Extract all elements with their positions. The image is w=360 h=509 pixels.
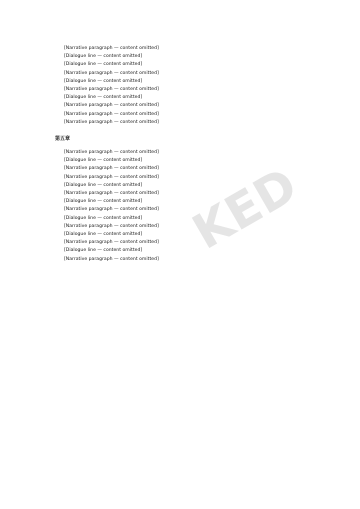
paragraph: [Narrative paragraph — content omitted] [55, 102, 310, 110]
document-page: [Narrative paragraph — content omitted] … [55, 45, 310, 264]
paragraph: [Narrative paragraph — content omitted] [55, 239, 310, 247]
paragraph: [Narrative paragraph — content omitted] [55, 223, 310, 231]
paragraph: [Narrative paragraph — content omitted] [55, 86, 310, 94]
paragraph: [Narrative paragraph — content omitted] [55, 45, 310, 53]
paragraph: [Narrative paragraph — content omitted] [55, 70, 310, 78]
paragraph: [Dialogue line — content omitted] [55, 182, 310, 190]
paragraph: [Narrative paragraph — content omitted] [55, 149, 310, 157]
paragraph: [Dialogue line — content omitted] [55, 53, 310, 61]
paragraph: [Narrative paragraph — content omitted] [55, 165, 310, 173]
paragraph: [Narrative paragraph — content omitted] [55, 190, 310, 198]
paragraph: [Dialogue line — content omitted] [55, 61, 310, 69]
chapter-title: 第五章 [55, 135, 310, 143]
paragraph: [Dialogue line — content omitted] [55, 157, 310, 165]
paragraph: [Narrative paragraph — content omitted] [55, 111, 310, 119]
paragraph: [Narrative paragraph — content omitted] [55, 174, 310, 182]
paragraph: [Dialogue line — content omitted] [55, 215, 310, 223]
paragraph: [Dialogue line — content omitted] [55, 247, 310, 255]
paragraph: [Dialogue line — content omitted] [55, 198, 310, 206]
paragraph: [Narrative paragraph — content omitted] [55, 256, 310, 264]
paragraph: [Dialogue line — content omitted] [55, 231, 310, 239]
paragraph: [Dialogue line — content omitted] [55, 94, 310, 102]
paragraph: [Narrative paragraph — content omitted] [55, 206, 310, 214]
paragraph: [Narrative paragraph — content omitted] [55, 119, 310, 127]
paragraph: [Dialogue line — content omitted] [55, 78, 310, 86]
